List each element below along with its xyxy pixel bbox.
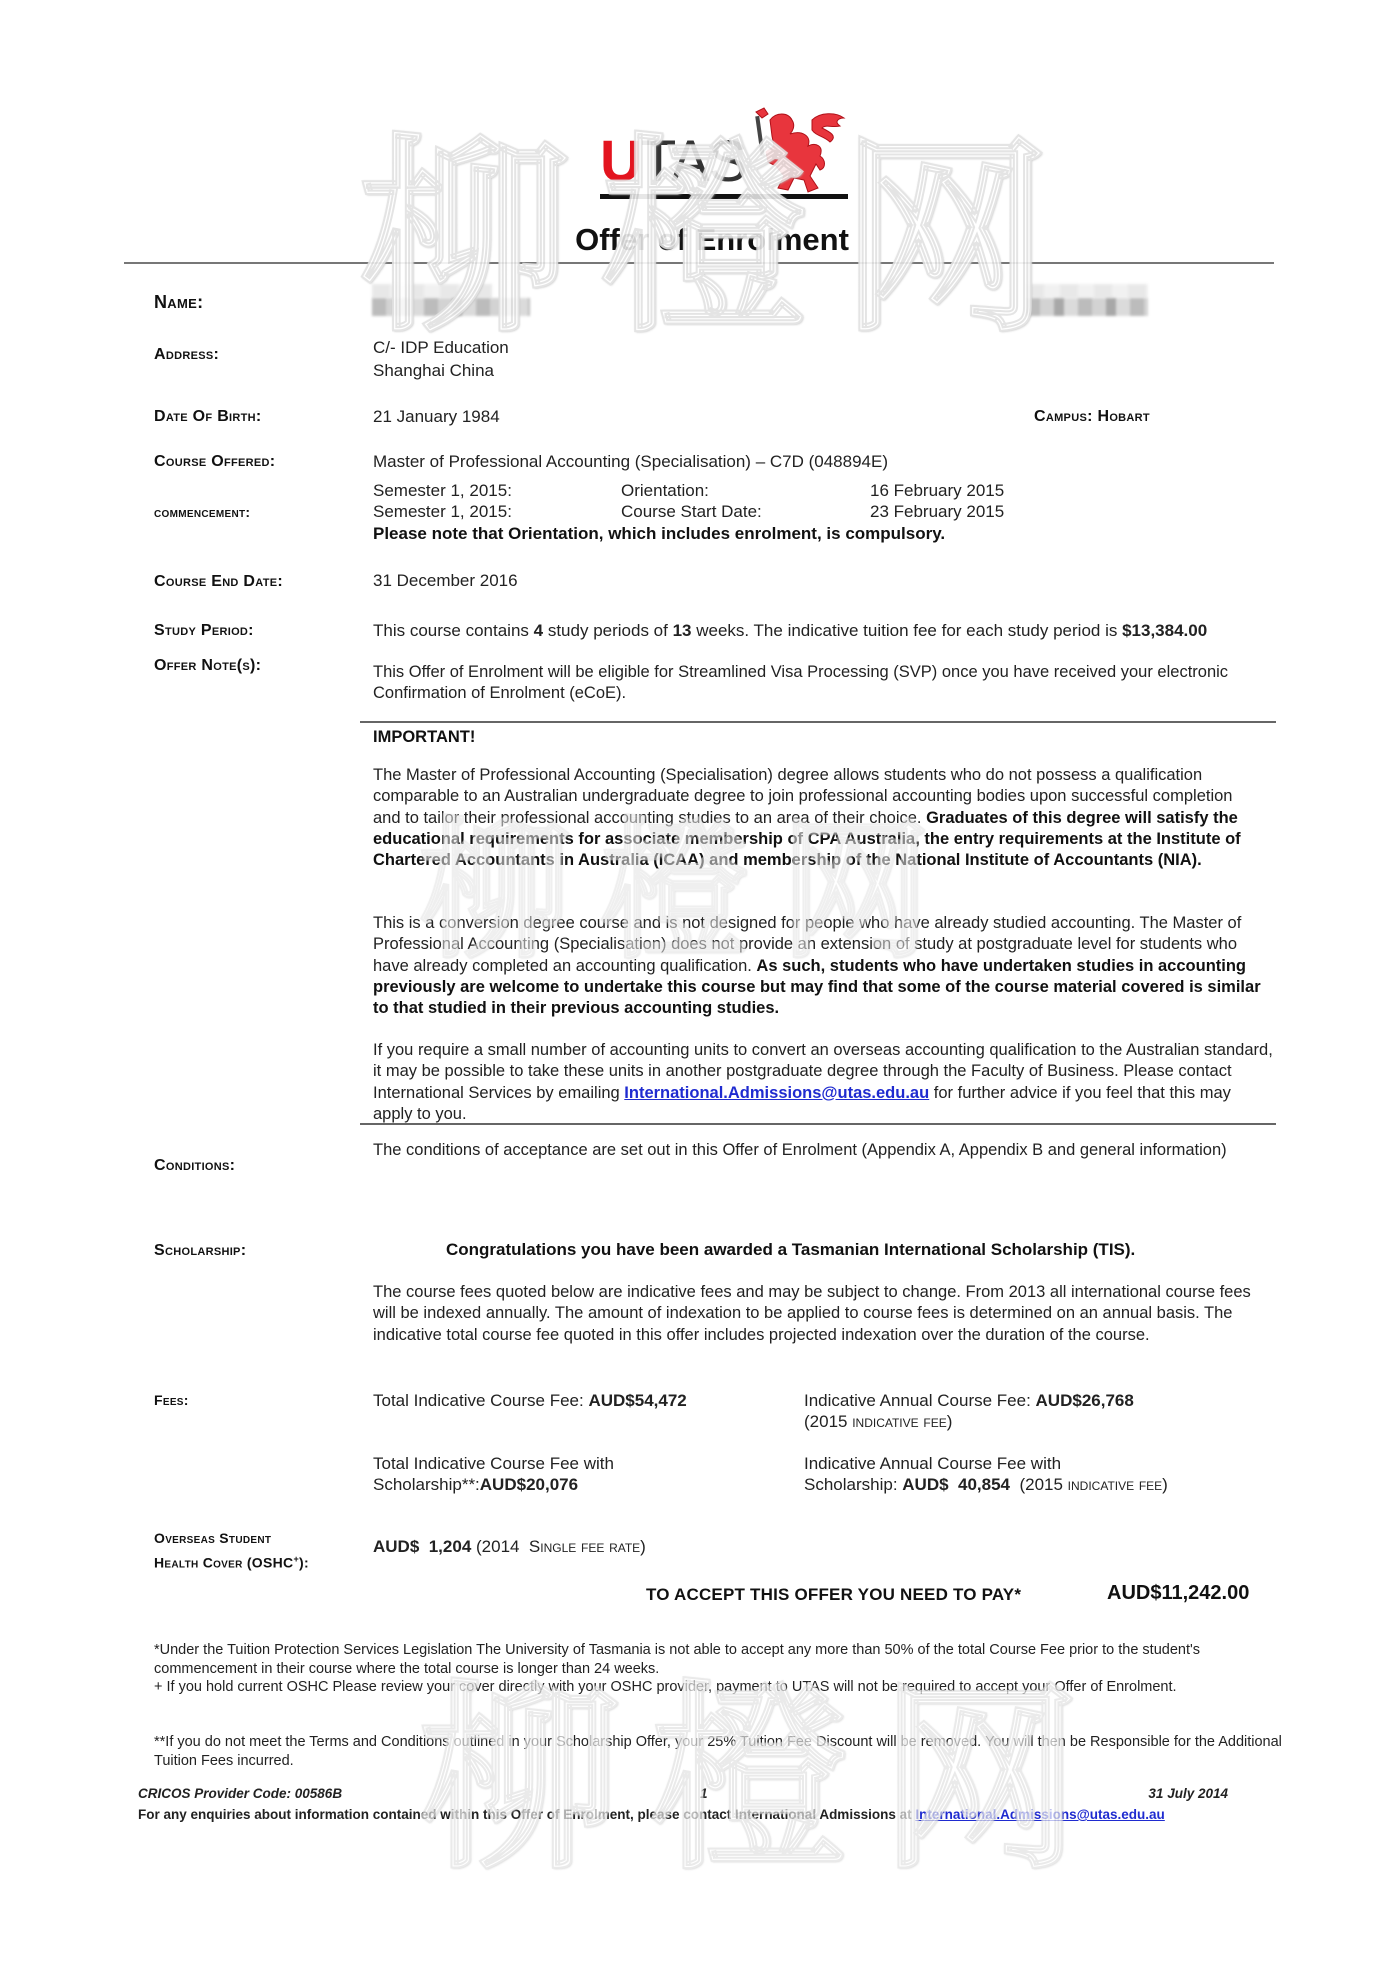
dob-label: Date Of Birth:: [154, 408, 262, 426]
offer-notes-value: This Offer of Enrolment will be eligible…: [373, 662, 1253, 705]
payment-amount: AUD$11,242.00: [1107, 1582, 1249, 1605]
name-redacted-given: [372, 298, 530, 316]
footer-enquiry-text: For any enquiries about information cont…: [138, 1807, 915, 1822]
annual-fee-scholarship-label-2: Scholarship:: [804, 1475, 902, 1494]
oshc-label-line-2: Health Cover (OSHC: [154, 1555, 293, 1571]
commencement-date-1: 16 February 2015: [870, 480, 1004, 501]
total-fee-scholarship-value: AUD$20,076: [480, 1475, 578, 1494]
study-period-text: This course contains: [373, 621, 534, 640]
annual-course-fee: Indicative Annual Course Fee: AUD$26,768: [804, 1390, 1134, 1411]
campus: Campus: Hobart: [1034, 408, 1150, 426]
study-period-value: This course contains 4 study periods of …: [373, 620, 1293, 641]
lion-crest-icon: [746, 106, 850, 198]
footnote-oshc: + If you hold current OSHC Please review…: [154, 1678, 1284, 1697]
course-end-value: 31 December 2016: [373, 570, 518, 591]
international-admissions-email-link[interactable]: International.Admissions@utas.edu.au: [624, 1084, 929, 1102]
offer-notes-label: Offer Note(s):: [154, 657, 261, 675]
course-end-label: Course End Date:: [154, 573, 283, 591]
name-redacted-top: [372, 284, 492, 298]
commencement-event-1: Orientation:: [621, 480, 709, 501]
oshc-label-line-1: Overseas Student: [154, 1530, 271, 1546]
commencement-semester-1: Semester 1, 2015:: [373, 480, 512, 501]
total-course-fee-label: Total Indicative Course Fee:: [373, 1391, 588, 1410]
fees-note: The course fees quoted below are indicat…: [373, 1282, 1263, 1346]
annual-course-fee-note: (2015 indicative fee): [804, 1411, 952, 1432]
total-fee-scholarship: Scholarship**:AUD$20,076: [373, 1474, 578, 1495]
total-course-fee: Total Indicative Course Fee: AUD$54,472: [373, 1390, 687, 1411]
dob-value: 21 January 1984: [373, 406, 500, 427]
address-line-2: Shanghai China: [373, 360, 494, 381]
annual-fee-scholarship-value: AUD$ 40,854: [902, 1475, 1010, 1494]
study-period-weeks: 13: [673, 621, 692, 640]
study-period-count: 4: [534, 621, 543, 640]
commencement-event-2: Course Start Date:: [621, 501, 762, 522]
study-period-text: weeks. The indicative tuition fee for ea…: [692, 621, 1123, 640]
study-period-text: study periods of: [543, 621, 672, 640]
address-label: Address:: [154, 346, 219, 364]
total-fee-scholarship-label-2: Scholarship**:: [373, 1475, 480, 1494]
footer-email-link[interactable]: International.Admissions@utas.edu.au: [915, 1807, 1164, 1822]
study-period-label: Study Period:: [154, 622, 254, 640]
cricos-code: CRICOS Provider Code: 00586B: [138, 1786, 342, 1801]
surname-redacted-top: [1026, 284, 1148, 298]
address-line-1: C/- IDP Education: [373, 337, 509, 358]
important-paragraph-1: The Master of Professional Accounting (S…: [373, 765, 1263, 871]
commencement-label: commencement:: [154, 504, 250, 520]
oshc-label-end: ):: [299, 1555, 309, 1571]
header-divider: [124, 262, 1274, 264]
scholarship-headline: Congratulations you have been awarded a …: [446, 1239, 1135, 1260]
utas-wordmark: UTAS: [600, 128, 746, 195]
campus-value: Hobart: [1097, 408, 1149, 425]
conditions-label: Conditions:: [154, 1157, 235, 1175]
commencement-date-2: 23 February 2015: [870, 501, 1004, 522]
payment-label: TO ACCEPT THIS OFFER YOU NEED TO PAY*: [646, 1585, 1021, 1605]
footer-enquiries: For any enquiries about information cont…: [138, 1807, 1228, 1822]
name-label: Name:: [154, 292, 203, 313]
course-offered-value: Master of Professional Accounting (Speci…: [373, 451, 888, 472]
logo-underline: [600, 194, 848, 199]
document-date: 31 July 2014: [1148, 1786, 1228, 1801]
annual-course-fee-label: Indicative Annual Course Fee:: [804, 1391, 1036, 1410]
oshc-amount: AUD$ 1,204: [373, 1537, 471, 1556]
annual-fee-scholarship: Scholarship: AUD$ 40,854 (2015 indicativ…: [804, 1474, 1168, 1495]
conditions-value: The conditions of acceptance are set out…: [373, 1140, 1253, 1161]
scholarship-label: Scholarship:: [154, 1242, 246, 1260]
total-course-fee-value: AUD$54,472: [588, 1391, 686, 1410]
footer-meta: CRICOS Provider Code: 00586B 1 31 July 2…: [138, 1786, 1228, 1801]
oshc-value: AUD$ 1,204 (2014 Single fee rate): [373, 1536, 646, 1557]
important-paragraph-3: If you require a small number of account…: [373, 1040, 1273, 1125]
important-heading: IMPORTANT!: [373, 727, 475, 748]
page-title: Offer of Enrolment: [0, 222, 1400, 258]
oshc-note: (2014 Single fee rate): [471, 1537, 646, 1556]
important-paragraph-2: This is a conversion degree course and i…: [373, 913, 1273, 1019]
study-period-fee: $13,384.00: [1122, 621, 1207, 640]
logo-letter-u: U: [600, 129, 641, 194]
logo-letters-tas: TAS: [641, 129, 747, 194]
important-bottom-rule: [360, 1123, 1276, 1125]
utas-logo: UTAS: [596, 106, 850, 202]
fees-label: Fees:: [154, 1392, 189, 1408]
important-top-rule: [360, 721, 1276, 723]
annual-fee-scholarship-label: Indicative Annual Course Fee with: [804, 1453, 1061, 1474]
course-offered-label: Course Offered:: [154, 453, 275, 471]
campus-label: Campus:: [1034, 408, 1093, 425]
oshc-label: Overseas StudentHealth Cover (OSHC+):: [154, 1528, 309, 1574]
footnote-tuition-protection: *Under the Tuition Protection Services L…: [154, 1641, 1284, 1678]
page-number: 1: [700, 1786, 708, 1801]
annual-course-fee-value: AUD$26,768: [1036, 1391, 1134, 1410]
total-fee-scholarship-label: Total Indicative Course Fee with: [373, 1453, 614, 1474]
surname-redacted: [1026, 298, 1148, 316]
orientation-note: Please note that Orientation, which incl…: [373, 523, 945, 544]
annual-fee-scholarship-note: (2015 indicative fee): [1010, 1475, 1168, 1494]
footnote-scholarship: **If you do not meet the Terms and Condi…: [154, 1733, 1284, 1770]
commencement-semester-2: Semester 1, 2015:: [373, 501, 512, 522]
